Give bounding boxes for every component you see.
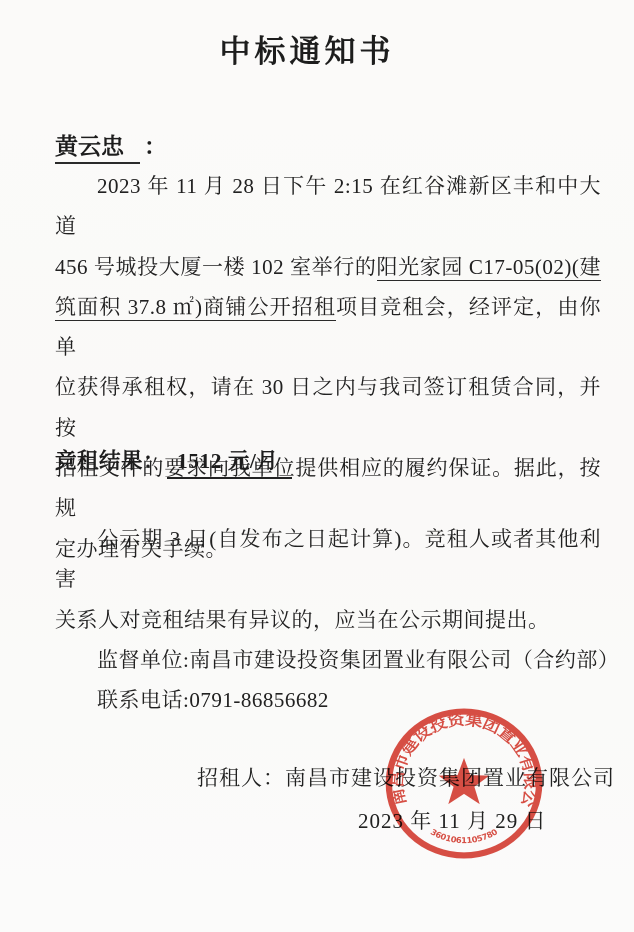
publicity-paragraph: 公示期 3 日(自发布之日起计算)。竞租人或者其他利害 关系人对竞租结果有异议的… bbox=[55, 519, 601, 720]
seal-number-text: 3601061105780 bbox=[429, 826, 500, 845]
recipient-colon: ： bbox=[144, 134, 167, 159]
paragraph-line: 456 号城投大厦一楼 102 室举行的阳光家园 C17-05(02)(建 bbox=[55, 247, 601, 287]
paragraph-line: 位获得承租权，请在 30 日之内与我司签订租赁合同，并按 bbox=[55, 367, 601, 448]
paragraph-line: 关系人对竞租结果有异议的，应当在公示期间提出。 bbox=[55, 600, 601, 640]
paragraph-line: 公示期 3 日(自发布之日起计算)。竞租人或者其他利害 bbox=[55, 519, 601, 600]
project-name-underlined: 筑面积 37.8 ㎡)商铺公开招租 bbox=[55, 295, 336, 321]
recipient-line: 黄云忠： bbox=[55, 128, 167, 164]
bid-result-line: 竞租结果：1512 元/月 bbox=[55, 444, 292, 479]
notice-paragraph: 2023 年 11 月 28 日下午 2:15 在红谷滩新区丰和中大道 456 … bbox=[55, 166, 601, 569]
company-seal: 南昌市建设投资集团置业有限公司 3601061105780 bbox=[380, 703, 548, 864]
supervisor-line: 监督单位:南昌市建设投资集团置业有限公司（合约部） bbox=[55, 640, 601, 680]
paragraph-line: 筑面积 37.8 ㎡)商铺公开招租项目竞租会，经评定，由你单 bbox=[55, 287, 601, 368]
document-title: 中标通知书 bbox=[0, 26, 614, 71]
document-page: 中标通知书 黄云忠： 2023 年 11 月 28 日下午 2:15 在红谷滩新… bbox=[0, 0, 634, 932]
seal-star-icon bbox=[439, 758, 490, 804]
bid-result-value: 1512 元/月 bbox=[167, 444, 292, 479]
svg-text:3601061105780: 3601061105780 bbox=[429, 826, 500, 845]
bid-result-label: 竞租结果： bbox=[55, 449, 165, 473]
line-text: 456 号城投大厦一楼 102 室举行的 bbox=[55, 255, 377, 279]
project-name-underlined: 阳光家园 C17-05(02)(建 bbox=[377, 255, 601, 281]
paragraph-line: 2023 年 11 月 28 日下午 2:15 在红谷滩新区丰和中大道 bbox=[55, 166, 601, 247]
recipient-name: 黄云忠 bbox=[55, 128, 140, 164]
